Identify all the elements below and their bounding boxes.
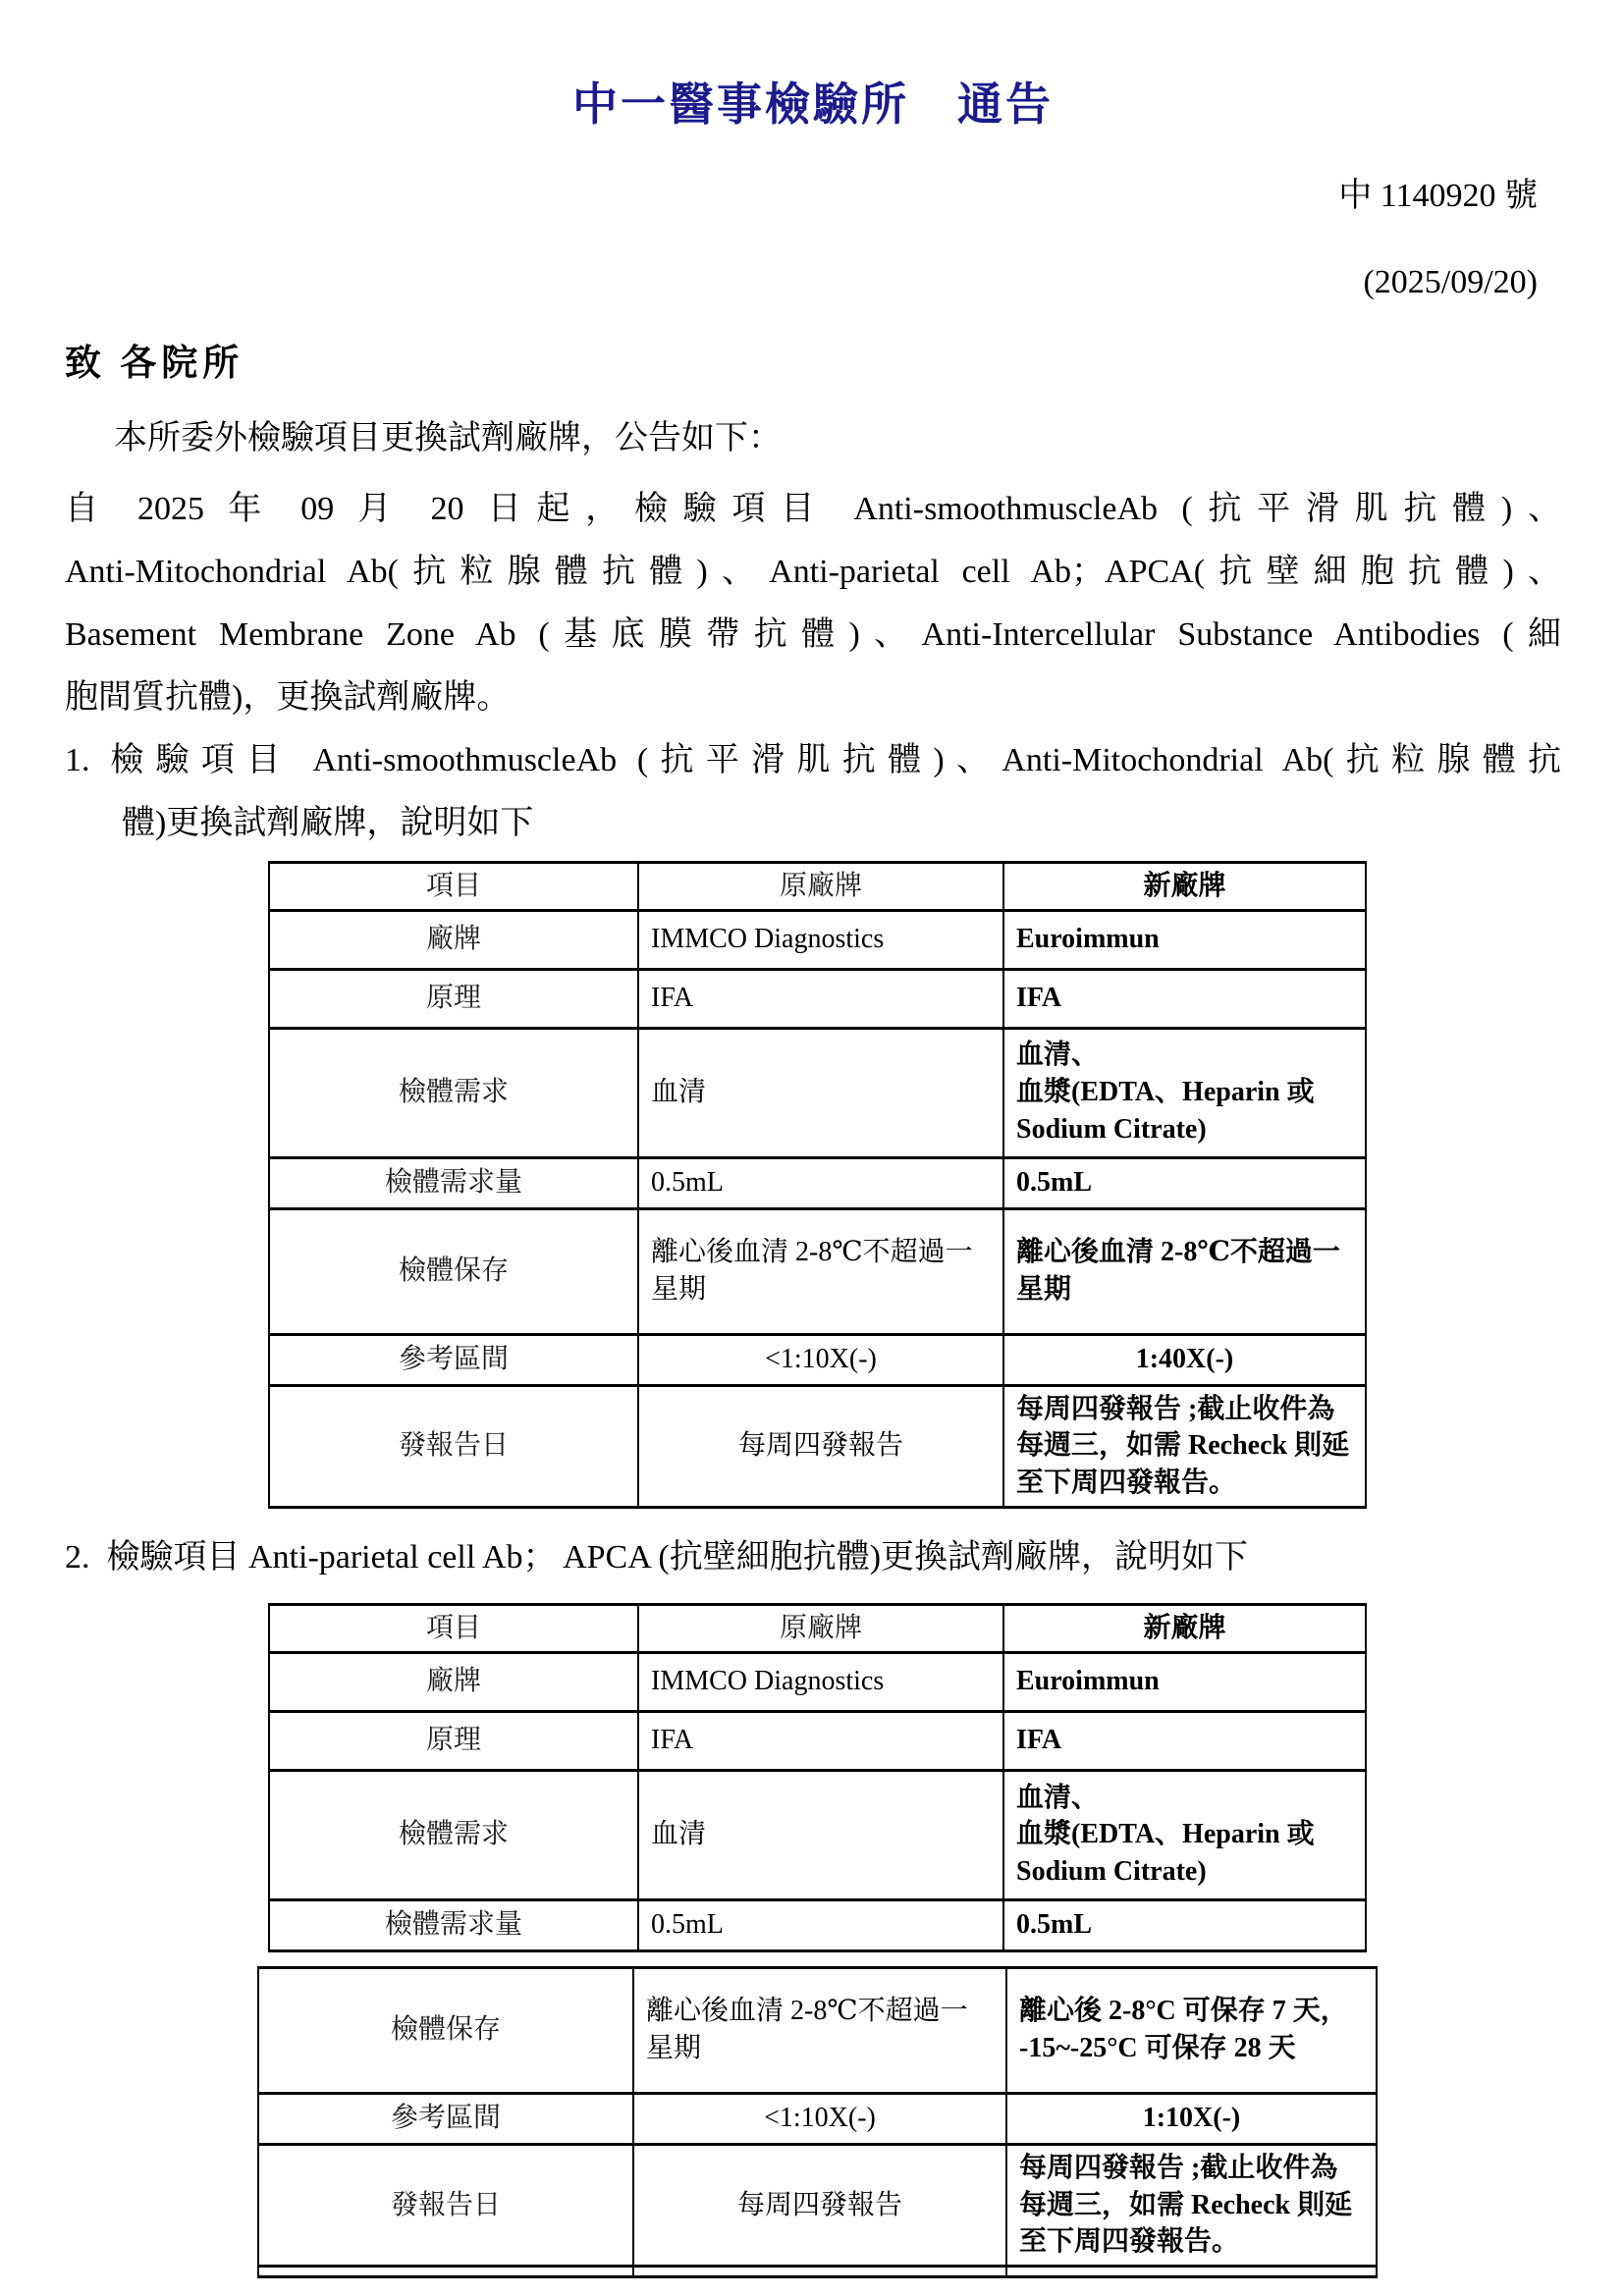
- table-row-specimen: 檢體需求 血清 血清、 血漿(EDTA、Heparin 或 Sodium Cit…: [269, 1770, 1366, 1899]
- new-brand-cell: 血清、 血漿(EDTA、Heparin 或 Sodium Citrate): [1003, 1028, 1366, 1157]
- table-1-header-row: 項目 原廠牌 新廠牌: [269, 862, 1366, 910]
- table-row-report: 發報告日 每周四發報告 每周四發報告 ;截止收件為 每週三，如需 Recheck…: [258, 2144, 1377, 2266]
- table-1-header-new-brand: 新廠牌: [1003, 862, 1366, 910]
- old-brand-cell: 每周四發報告: [638, 1385, 1003, 1507]
- new-brand-cell: IFA: [1003, 1711, 1366, 1770]
- row-label-cell: 參考區間: [258, 2093, 633, 2144]
- table-2-header-row: 項目 原廠牌 新廠牌: [269, 1604, 1366, 1652]
- list-item-1: 1. 檢驗項目 Anti-smoothmuscleAb (抗平滑肌抗體)、Ant…: [65, 729, 1561, 855]
- table-row-storage: 檢體保存 離心後血清 2-8℃不超過一 星期 離心後 2-8°C 可保存 7 天…: [258, 1967, 1377, 2093]
- list-item-2-text: 檢驗項目 Anti-parietal cell Ab； APCA (抗壁細胞抗體…: [107, 1539, 1249, 1575]
- intro-text: 本所委外檢驗項目更換試劑廠牌，公告如下：: [65, 415, 1561, 462]
- old-brand-cell: 0.5mL: [638, 1157, 1003, 1208]
- doc-date: (2025/09/20): [65, 259, 1561, 306]
- paragraph-line-2: Anti-Mitochondrial Ab(抗粒腺體抗體)、Anti-parie…: [65, 541, 1561, 604]
- list-item-2-number: 2.: [65, 1539, 90, 1575]
- new-brand-cell: 1:40X(-): [1003, 1334, 1366, 1385]
- new-brand-cell: 離心後 2-8°C 可保存 7 天， -15~-25°C 可保存 28 天: [1006, 1967, 1377, 2093]
- new-brand-cell: Euroimmun: [1003, 1652, 1366, 1711]
- spacer-cell: [1006, 2267, 1377, 2277]
- table-row-principle: 原理 IFA IFA: [269, 969, 1366, 1028]
- paragraph-line-1: 自 2025 年 09 月 20 日起，檢驗項目 Anti-smoothmusc…: [65, 478, 1561, 541]
- row-label-cell: 發報告日: [269, 1385, 638, 1507]
- table-row-specimen: 檢體需求 血清 血清、 血漿(EDTA、Heparin 或 Sodium Cit…: [269, 1028, 1366, 1157]
- new-brand-cell: 1:10X(-): [1006, 2093, 1377, 2144]
- list-item-1-line-2: 體)更換試劑廠牌，說明如下: [122, 792, 1561, 855]
- row-label-cell: 檢體需求: [269, 1770, 638, 1899]
- list-item-1-text: 檢驗項目 Anti-smoothmuscleAb (抗平滑肌抗體)、Anti-M…: [110, 742, 1561, 778]
- row-label-cell: 檢體需求量: [269, 1899, 638, 1950]
- announcement-paragraph: 自 2025 年 09 月 20 日起，檢驗項目 Anti-smoothmusc…: [65, 478, 1561, 729]
- new-brand-cell: 0.5mL: [1003, 1899, 1366, 1950]
- old-brand-cell: 血清: [638, 1770, 1003, 1899]
- new-brand-cell: 每周四發報告 ;截止收件為 每週三，如需 Recheck 則延 至下周四發報告。: [1006, 2144, 1377, 2266]
- table-row-principle: 原理 IFA IFA: [269, 1711, 1366, 1770]
- old-brand-cell: IFA: [638, 969, 1003, 1028]
- list-item-1-number: 1.: [65, 742, 90, 778]
- old-brand-cell: 血清: [638, 1028, 1003, 1157]
- row-label-cell: 廠牌: [269, 1652, 638, 1711]
- table-row-storage: 檢體保存 離心後血清 2-8℃不超過一 星期 離心後血清 2-8℃不超過一 星期: [269, 1208, 1366, 1334]
- row-label-cell: 發報告日: [258, 2144, 633, 2266]
- row-label-cell: 原理: [269, 1711, 638, 1770]
- row-label-cell: 檢體需求: [269, 1028, 638, 1157]
- paragraph-line-4: 胞間質抗體)，更換試劑廠牌。: [65, 667, 1561, 729]
- notice-document: 中一醫事檢驗所 通告 中 1140920 號 (2025/09/20) 致 各院…: [0, 0, 1624, 2296]
- table-1-header-old-brand: 原廠牌: [638, 862, 1003, 910]
- row-label-cell: 參考區間: [269, 1334, 638, 1385]
- table-row-reference: 參考區間 <1:10X(-) 1:10X(-): [258, 2093, 1377, 2144]
- page-title: 中一醫事檢驗所 通告: [65, 69, 1561, 133]
- table-row-report: 發報告日 每周四發報告 每周四發報告 ;截止收件為 每週三，如需 Recheck…: [269, 1385, 1366, 1507]
- table-2-header-new-brand: 新廠牌: [1003, 1604, 1366, 1652]
- old-brand-cell: 0.5mL: [638, 1899, 1003, 1950]
- new-brand-cell: 血清、 血漿(EDTA、Heparin 或 Sodium Citrate): [1003, 1770, 1366, 1899]
- spacer-cell: [633, 2267, 1006, 2277]
- old-brand-cell: 每周四發報告: [633, 2144, 1006, 2266]
- table-2-bottom-split-row: [258, 2267, 1377, 2277]
- row-label-cell: 原理: [269, 969, 638, 1028]
- new-brand-cell: 0.5mL: [1003, 1157, 1366, 1208]
- old-brand-cell: IMMCO Diagnostics: [638, 1652, 1003, 1711]
- reagent-comparison-table-2-part-2: 檢體保存 離心後血清 2-8℃不超過一 星期 離心後 2-8°C 可保存 7 天…: [257, 1966, 1378, 2278]
- old-brand-cell: 離心後血清 2-8℃不超過一 星期: [638, 1208, 1003, 1334]
- table-row-brand: 廠牌 IMMCO Diagnostics Euroimmun: [269, 910, 1366, 969]
- row-label-cell: 廠牌: [269, 910, 638, 969]
- list-item-2-line-1: 2. 檢驗項目 Anti-parietal cell Ab； APCA (抗壁細…: [65, 1526, 1561, 1589]
- salutation: 致 各院所: [65, 333, 1561, 386]
- table-1-header-item: 項目: [269, 862, 638, 910]
- spacer-cell: [258, 2267, 633, 2277]
- table-2-header-item: 項目: [269, 1604, 638, 1652]
- table-row-volume: 檢體需求量 0.5mL 0.5mL: [269, 1899, 1366, 1950]
- row-label-cell: 檢體保存: [269, 1208, 638, 1334]
- new-brand-cell: Euroimmun: [1003, 910, 1366, 969]
- new-brand-cell: IFA: [1003, 969, 1366, 1028]
- doc-number: 中 1140920 號: [65, 173, 1561, 220]
- new-brand-cell: 離心後血清 2-8℃不超過一 星期: [1003, 1208, 1366, 1334]
- old-brand-cell: <1:10X(-): [638, 1334, 1003, 1385]
- row-label-cell: 檢體需求量: [269, 1157, 638, 1208]
- table-row-reference: 參考區間 <1:10X(-) 1:40X(-): [269, 1334, 1366, 1385]
- list-item-2: 2. 檢驗項目 Anti-parietal cell Ab； APCA (抗壁細…: [65, 1526, 1561, 1589]
- paragraph-line-3: Basement Membrane Zone Ab (基底膜帶抗體)、Anti-…: [65, 604, 1561, 667]
- reagent-comparison-table-1: 項目 原廠牌 新廠牌 廠牌 IMMCO Diagnostics Euroimmu…: [268, 861, 1367, 1509]
- old-brand-cell: IFA: [638, 1711, 1003, 1770]
- table-row-brand: 廠牌 IMMCO Diagnostics Euroimmun: [269, 1652, 1366, 1711]
- old-brand-cell: 離心後血清 2-8℃不超過一 星期: [633, 1967, 1006, 2093]
- table-2-header-old-brand: 原廠牌: [638, 1604, 1003, 1652]
- row-label-cell: 檢體保存: [258, 1967, 633, 2093]
- table-row-volume: 檢體需求量 0.5mL 0.5mL: [269, 1157, 1366, 1208]
- table-2-page-split-gap: [65, 1952, 1561, 1966]
- old-brand-cell: IMMCO Diagnostics: [638, 910, 1003, 969]
- reagent-comparison-table-2-part-1: 項目 原廠牌 新廠牌 廠牌 IMMCO Diagnostics Euroimmu…: [268, 1603, 1367, 1952]
- list-item-1-line-1: 1. 檢驗項目 Anti-smoothmuscleAb (抗平滑肌抗體)、Ant…: [65, 729, 1561, 792]
- new-brand-cell: 每周四發報告 ;截止收件為 每週三，如需 Recheck 則延 至下周四發報告。: [1003, 1385, 1366, 1507]
- old-brand-cell: <1:10X(-): [633, 2093, 1006, 2144]
